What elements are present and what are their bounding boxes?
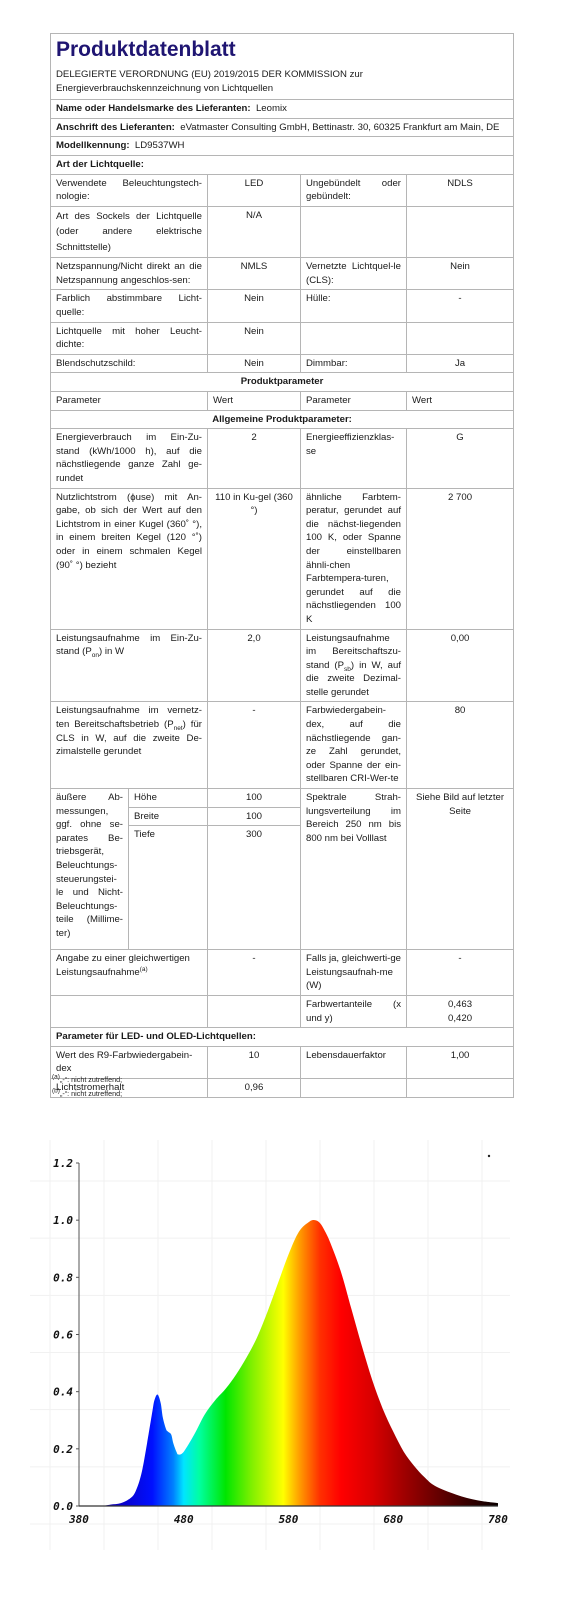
value-cell: Nein	[208, 322, 301, 354]
value-cell: -	[208, 702, 301, 789]
param-cell: Angabe zu einer gleichwertigen Leistungs…	[51, 950, 208, 996]
y-tick-label: 1.2	[53, 1157, 73, 1170]
regulation-subtitle: DELEGIERTE VERORDNUNG (EU) 2019/2015 DER…	[56, 68, 508, 95]
dimension-value: 100	[208, 789, 301, 808]
value-cell: 1,00	[407, 1046, 514, 1078]
table-row: Angabe zu einer gleichwertigen Leistungs…	[51, 950, 514, 996]
x-tick-label: 680	[383, 1513, 403, 1526]
footnote-b: (b)„-“: nicht zutreffend;	[52, 1087, 122, 1101]
param-cell: Spektrale Strah-lungsverteilung im Berei…	[301, 789, 407, 950]
spectrum-area	[79, 1220, 498, 1506]
value-cell: 2 700	[407, 488, 514, 629]
value-cell: 0,4630,420	[407, 996, 514, 1028]
supplier-address-row: Anschrift des Lieferanten: eVatmaster Co…	[51, 118, 514, 137]
led-params-section: Parameter für LED- und OLED-Lichtquellen…	[51, 1028, 514, 1047]
value-cell: NDLS	[407, 174, 514, 206]
param-cell: Netzspannung/Nicht direkt an die Netzspa…	[51, 258, 208, 290]
y-tick-label: 0.6	[53, 1329, 73, 1342]
y-tick-label: 1.0	[53, 1214, 73, 1227]
supplier-address-label: Anschrift des Lieferanten:	[56, 122, 175, 133]
y-tick-label: 0.4	[53, 1386, 73, 1399]
footnotes: (a)„-“: nicht zutreffend; (b)„-“: nicht …	[52, 1073, 122, 1101]
dimension-name: Breite	[129, 807, 208, 826]
param-cell: Ungebündelt oder gebündelt:	[301, 174, 407, 206]
table-row: Leistungsaufnahme im Ein-Zu-stand (Pon) …	[51, 629, 514, 702]
supplier-address-value: eVatmaster Consulting GmbH, Bettinastr. …	[180, 122, 499, 133]
table-row: Farblich abstimmbare Licht-quelle: Nein …	[51, 290, 514, 322]
column-header: Wert	[407, 392, 514, 411]
table-row: Art des Sockels der Lichtquelle (oder an…	[51, 206, 514, 258]
model-row: Modellkennung: LD9537WH	[51, 137, 514, 156]
header-cell: Produktdatenblatt DELEGIERTE VERORDNUNG …	[51, 34, 514, 100]
dimensions-row: äußere Ab-messungen, ggf. ohne se-parate…	[51, 789, 514, 808]
dimension-value: 300	[208, 826, 301, 950]
column-header: Parameter	[51, 392, 208, 411]
value-cell	[407, 322, 514, 354]
value-cell: Siehe Bild auf letzter Seite	[407, 789, 514, 950]
value-cell: Nein	[208, 290, 301, 322]
value-cell: -	[407, 950, 514, 996]
spectral-distribution-chart: 0.00.20.40.60.81.01.2380480580680780	[0, 1120, 564, 1600]
dimension-value: 100	[208, 807, 301, 826]
table-row: Blendschutzschild: Nein Dimmbar: Ja	[51, 354, 514, 373]
value-cell: Nein	[208, 354, 301, 373]
param-cell: Lichtquelle mit hoher Leucht-dichte:	[51, 322, 208, 354]
param-cell	[301, 1078, 407, 1097]
value-cell: Ja	[407, 354, 514, 373]
param-cell: Farbwertanteile (x und y)	[301, 996, 407, 1028]
footnote-a: (a)„-“: nicht zutreffend;	[52, 1073, 122, 1087]
param-cell: Blendschutzschild:	[51, 354, 208, 373]
value-cell: NMLS	[208, 258, 301, 290]
table-row: Lichtquelle mit hoher Leucht-dichte: Nei…	[51, 322, 514, 354]
param-cell: Farbwiedergabein-dex, auf die nächstlieg…	[301, 702, 407, 789]
chroma-x: 0,463	[448, 999, 472, 1010]
light-source-section: Art der Lichtquelle:	[51, 155, 514, 174]
column-header-row: Parameter Wert Parameter Wert	[51, 392, 514, 411]
product-datasheet: Produktdatenblatt DELEGIERTE VERORDNUNG …	[50, 33, 513, 1098]
dimension-name: Höhe	[129, 789, 208, 808]
value-cell: 0,96	[208, 1078, 301, 1097]
x-tick-label: 380	[68, 1513, 89, 1526]
value-cell: 80	[407, 702, 514, 789]
page-title: Produktdatenblatt	[56, 37, 508, 63]
param-cell: Lebensdauerfaktor	[301, 1046, 407, 1078]
x-tick-label: 780	[488, 1513, 508, 1526]
param-cell: Farblich abstimmbare Licht-quelle:	[51, 290, 208, 322]
y-tick-label: 0.0	[53, 1500, 73, 1513]
value-cell: N/A	[208, 206, 301, 258]
value-cell: -	[208, 950, 301, 996]
value-cell: -	[407, 290, 514, 322]
param-cell: Art des Sockels der Lichtquelle (oder an…	[51, 206, 208, 258]
general-params-section: Allgemeine Produktparameter:	[51, 410, 514, 429]
product-params-section: Produktparameter	[51, 373, 514, 392]
model-label: Modellkennung:	[56, 140, 130, 151]
table-row: Energieverbrauch im Ein-Zu-stand (kWh/10…	[51, 429, 514, 488]
supplier-name-value: Leomix	[256, 103, 287, 114]
y-tick-label: 0.2	[53, 1443, 73, 1456]
table-row: Leistungsaufnahme im vernetz-ten Bereits…	[51, 702, 514, 789]
value-cell: 0,00	[407, 629, 514, 702]
supplier-name-label: Name oder Handelsmarke des Lieferanten:	[56, 103, 251, 114]
value-cell	[407, 1078, 514, 1097]
param-cell: Leistungsaufnahme im Bereitschaftszu-sta…	[301, 629, 407, 702]
table-row: Nutzlichtstrom (ϕuse) mit An-gabe, ob si…	[51, 488, 514, 629]
param-cell	[301, 322, 407, 354]
param-cell: Nutzlichtstrom (ϕuse) mit An-gabe, ob si…	[51, 488, 208, 629]
value-cell: 2	[208, 429, 301, 488]
param-cell: Dimmbar:	[301, 354, 407, 373]
datasheet-table: Produktdatenblatt DELEGIERTE VERORDNUNG …	[50, 33, 514, 1098]
param-cell: Leistungsaufnahme im Ein-Zu-stand (Pon) …	[51, 629, 208, 702]
value-cell: 2,0	[208, 629, 301, 702]
column-header: Parameter	[301, 392, 407, 411]
x-tick-label: 580	[279, 1513, 299, 1526]
param-cell: Energieeffizienzklas-se	[301, 429, 407, 488]
value-cell: G	[407, 429, 514, 488]
table-row: Verwendete Beleuchtungstech-nologie: LED…	[51, 174, 514, 206]
x-tick-label: 480	[174, 1513, 194, 1526]
param-cell: Verwendete Beleuchtungstech-nologie:	[51, 174, 208, 206]
value-cell: LED	[208, 174, 301, 206]
param-cell: Falls ja, gleichwerti-ge Leistungsaufnah…	[301, 950, 407, 996]
model-value: LD9537WH	[135, 140, 185, 151]
supplier-name-row: Name oder Handelsmarke des Lieferanten: …	[51, 100, 514, 119]
column-header: Wert	[208, 392, 301, 411]
value-cell: Nein	[407, 258, 514, 290]
chroma-y: 0,420	[448, 1013, 472, 1024]
param-cell	[51, 996, 208, 1028]
dimension-name: Tiefe	[129, 826, 208, 950]
value-cell	[407, 206, 514, 258]
table-row: Farbwertanteile (x und y) 0,4630,420	[51, 996, 514, 1028]
param-cell: ähnliche Farbtem-peratur, gerundet auf d…	[301, 488, 407, 629]
dimensions-label: äußere Ab-messungen, ggf. ohne se-parate…	[51, 789, 129, 950]
param-cell: Hülle:	[301, 290, 407, 322]
value-cell: 110 in Ku-gel (360 °)	[208, 488, 301, 629]
spectrum-plot: 0.00.20.40.60.81.01.2380480580680780	[0, 1120, 564, 1600]
param-cell	[301, 206, 407, 258]
value-cell: 10	[208, 1046, 301, 1078]
table-row: Netzspannung/Nicht direkt an die Netzspa…	[51, 258, 514, 290]
param-cell: Energieverbrauch im Ein-Zu-stand (kWh/10…	[51, 429, 208, 488]
y-tick-label: 0.8	[53, 1271, 73, 1284]
param-cell: Vernetzte Lichtquel-le (CLS):	[301, 258, 407, 290]
value-cell	[208, 996, 301, 1028]
param-cell: Leistungsaufnahme im vernetz-ten Bereits…	[51, 702, 208, 789]
